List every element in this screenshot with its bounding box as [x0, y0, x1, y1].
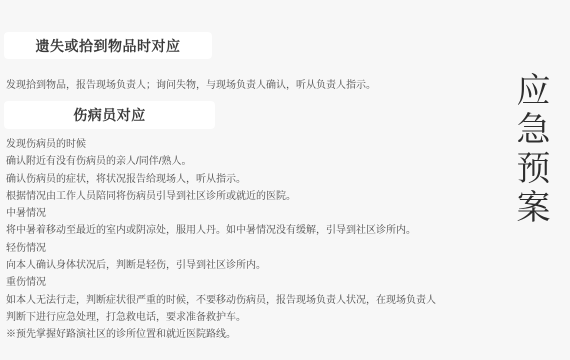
text-line-minor-injury-action: 向本人确认身体状况后，判断是轻伤，引导到社区诊所内。	[6, 257, 436, 274]
page-title-vertical: 应急预案	[506, 72, 555, 228]
text-line-note-clinic-routes: ※预先掌握好路演社区的诊所位置和就近医院路线。	[6, 326, 436, 343]
section-heading-box-lost-items: 遗失或拾到物品时对应	[4, 32, 212, 59]
text-line-severe-injury-heading: 重伤情况	[6, 274, 436, 291]
emergency-plan-page: 遗失或拾到物品时对应 发现拾到物品，报告现场负责人；询问失物，与现场负责人确认，…	[0, 0, 570, 360]
text-line-confirm-relatives: 确认附近有没有伤病员的亲人/同伴/熟人。	[6, 153, 436, 170]
text-line-confirm-symptoms: 确认伤病员的症状，将状况报告给现场人，听从指示。	[6, 171, 436, 188]
text-line-heatstroke-heading: 中暑情况	[6, 205, 436, 222]
section-heading-box-injured: 伤病员对应	[4, 101, 215, 129]
text-line-severe-injury-action-1: 如本人无法行走，判断症状很严重的时候，不要移动伤病员，报告现场负责人状况，在现场…	[6, 292, 436, 309]
section-heading-lost-items: 遗失或拾到物品时对应	[36, 36, 181, 56]
section-heading-injured: 伤病员对应	[73, 105, 146, 125]
text-line-heatstroke-action: 将中暑着移动至最近的室内或阴凉处，服用人丹。如中暑情况没有缓解，引导到社区诊所内…	[6, 222, 436, 239]
text-line-minor-injury-heading: 轻伤情况	[6, 240, 436, 257]
text-line-severe-injury-action-2: 判断下进行应急处理，打急救电话，要求准备救护车。	[6, 309, 436, 326]
text-line-situation-found: 发现伤病员的时候	[6, 136, 436, 153]
injured-instructions-block: 发现伤病员的时候 确认附近有没有伤病员的亲人/同伴/熟人。 确认伤病员的症状，将…	[6, 136, 436, 344]
lost-items-instruction-text: 发现拾到物品，报告现场负责人；询问失物，与现场负责人确认，听从负责人指示。	[6, 76, 376, 91]
text-line-escort-to-clinic: 根据情况由工作人员陪同将伤病员引导到社区诊所或就近的医院。	[6, 188, 436, 205]
